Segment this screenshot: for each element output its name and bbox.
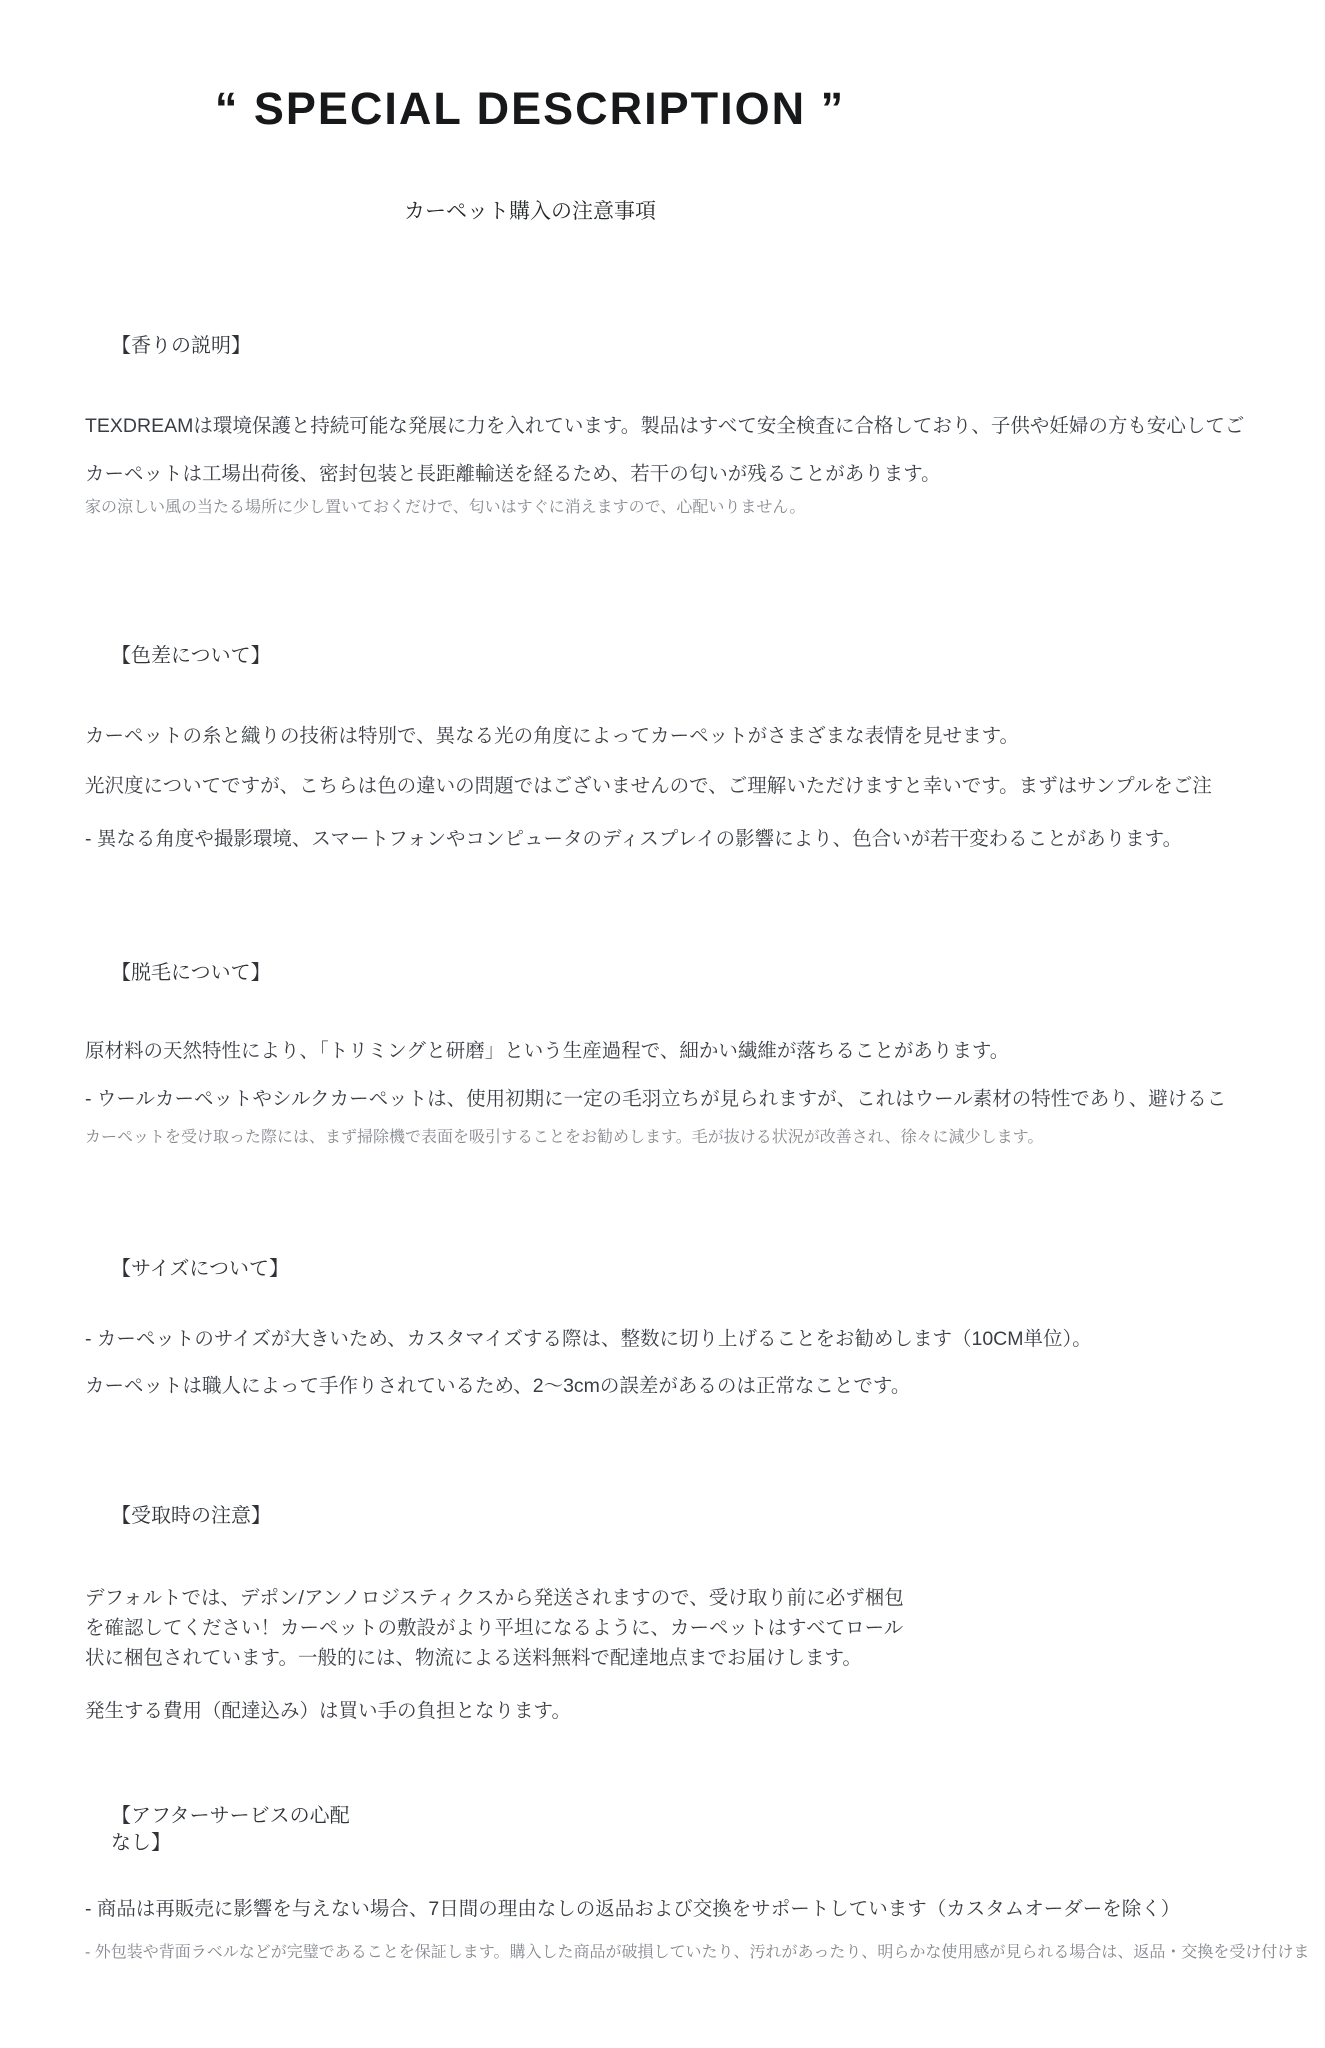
page-subtitle: カーペット購入の注意事項 <box>0 198 1060 226</box>
paragraph: - カーペットのサイズが大きいため、カスタマイズする際は、整数に切り上げることを… <box>85 1326 1325 1352</box>
note-text: カーペットを受け取った際には、まず掃除機で表面を吸引することをお勧めします。毛が… <box>85 1128 1325 1148</box>
paragraph: 光沢度についてですが、こちらは色の違いの問題ではございませんので、ご理解いただけ… <box>85 773 1325 799</box>
paragraph: TEXDREAMは環境保護と持続可能な発展に力を入れています。製品はすべて安全検… <box>85 413 1325 439</box>
section-heading-color-difference: 【色差について】 <box>111 643 1325 669</box>
paragraph: - 異なる角度や撮影環境、スマートフォンやコンピュータのディスプレイの影響により… <box>85 826 1325 852</box>
paragraph: カーペットは工場出荷後、密封包装と長距離輸送を経るため、若干の匂いが残ることがあ… <box>85 461 1325 487</box>
section-heading-size: 【サイズについて】 <box>111 1256 1325 1282</box>
header-block: “ SPECIAL DESCRIPTION ” カーペット購入の注意事項 <box>0 85 1060 226</box>
paragraph: カーペットは職人によって手作りされているため、2〜3cmの誤差があるのは正常なこ… <box>85 1373 1325 1399</box>
page-title: “ SPECIAL DESCRIPTION ” <box>0 85 1060 133</box>
section-heading-shedding: 【脱毛について】 <box>111 960 1325 986</box>
note-text: - 外包装や背面ラベルなどが完璧であることを保証します。購入した商品が破損してい… <box>85 1943 1325 1963</box>
paragraph: - 商品は再販売に影響を与えない場合、7日間の理由なしの返品および交換をサポート… <box>85 1896 1325 1922</box>
paragraph: - ウールカーペットやシルクカーペットは、使用初期に一定の毛羽立ちが見られますが… <box>85 1086 1325 1112</box>
note-text: 家の涼しい風の当たる場所に少し置いておくだけで、匂いはすぐに消えますので、心配い… <box>85 498 1325 518</box>
section-heading-after-service: 【アフターサービスの心配 なし】 <box>111 1803 1325 1857</box>
paragraph: カーペットの糸と織りの技術は特別で、異なる光の角度によってカーペットがさまざまな… <box>85 723 1325 749</box>
section-heading-scent: 【香りの説明】 <box>111 333 1325 359</box>
paragraph: 原材料の天然特性により、「トリミングと研磨」という生産過程で、細かい繊維が落ちる… <box>85 1038 1325 1064</box>
paragraph: デフォルトでは、デポン/アンノロジスティクスから発送されますので、受け取り前に必… <box>85 1583 1325 1673</box>
document-body: 【香りの説明】 TEXDREAMは環境保護と持続可能な発展に力を入れています。製… <box>0 333 1325 1963</box>
paragraph: 発生する費用（配達込み）は買い手の負担となります。 <box>85 1698 1325 1724</box>
section-heading-receiving: 【受取時の注意】 <box>111 1503 1325 1529</box>
